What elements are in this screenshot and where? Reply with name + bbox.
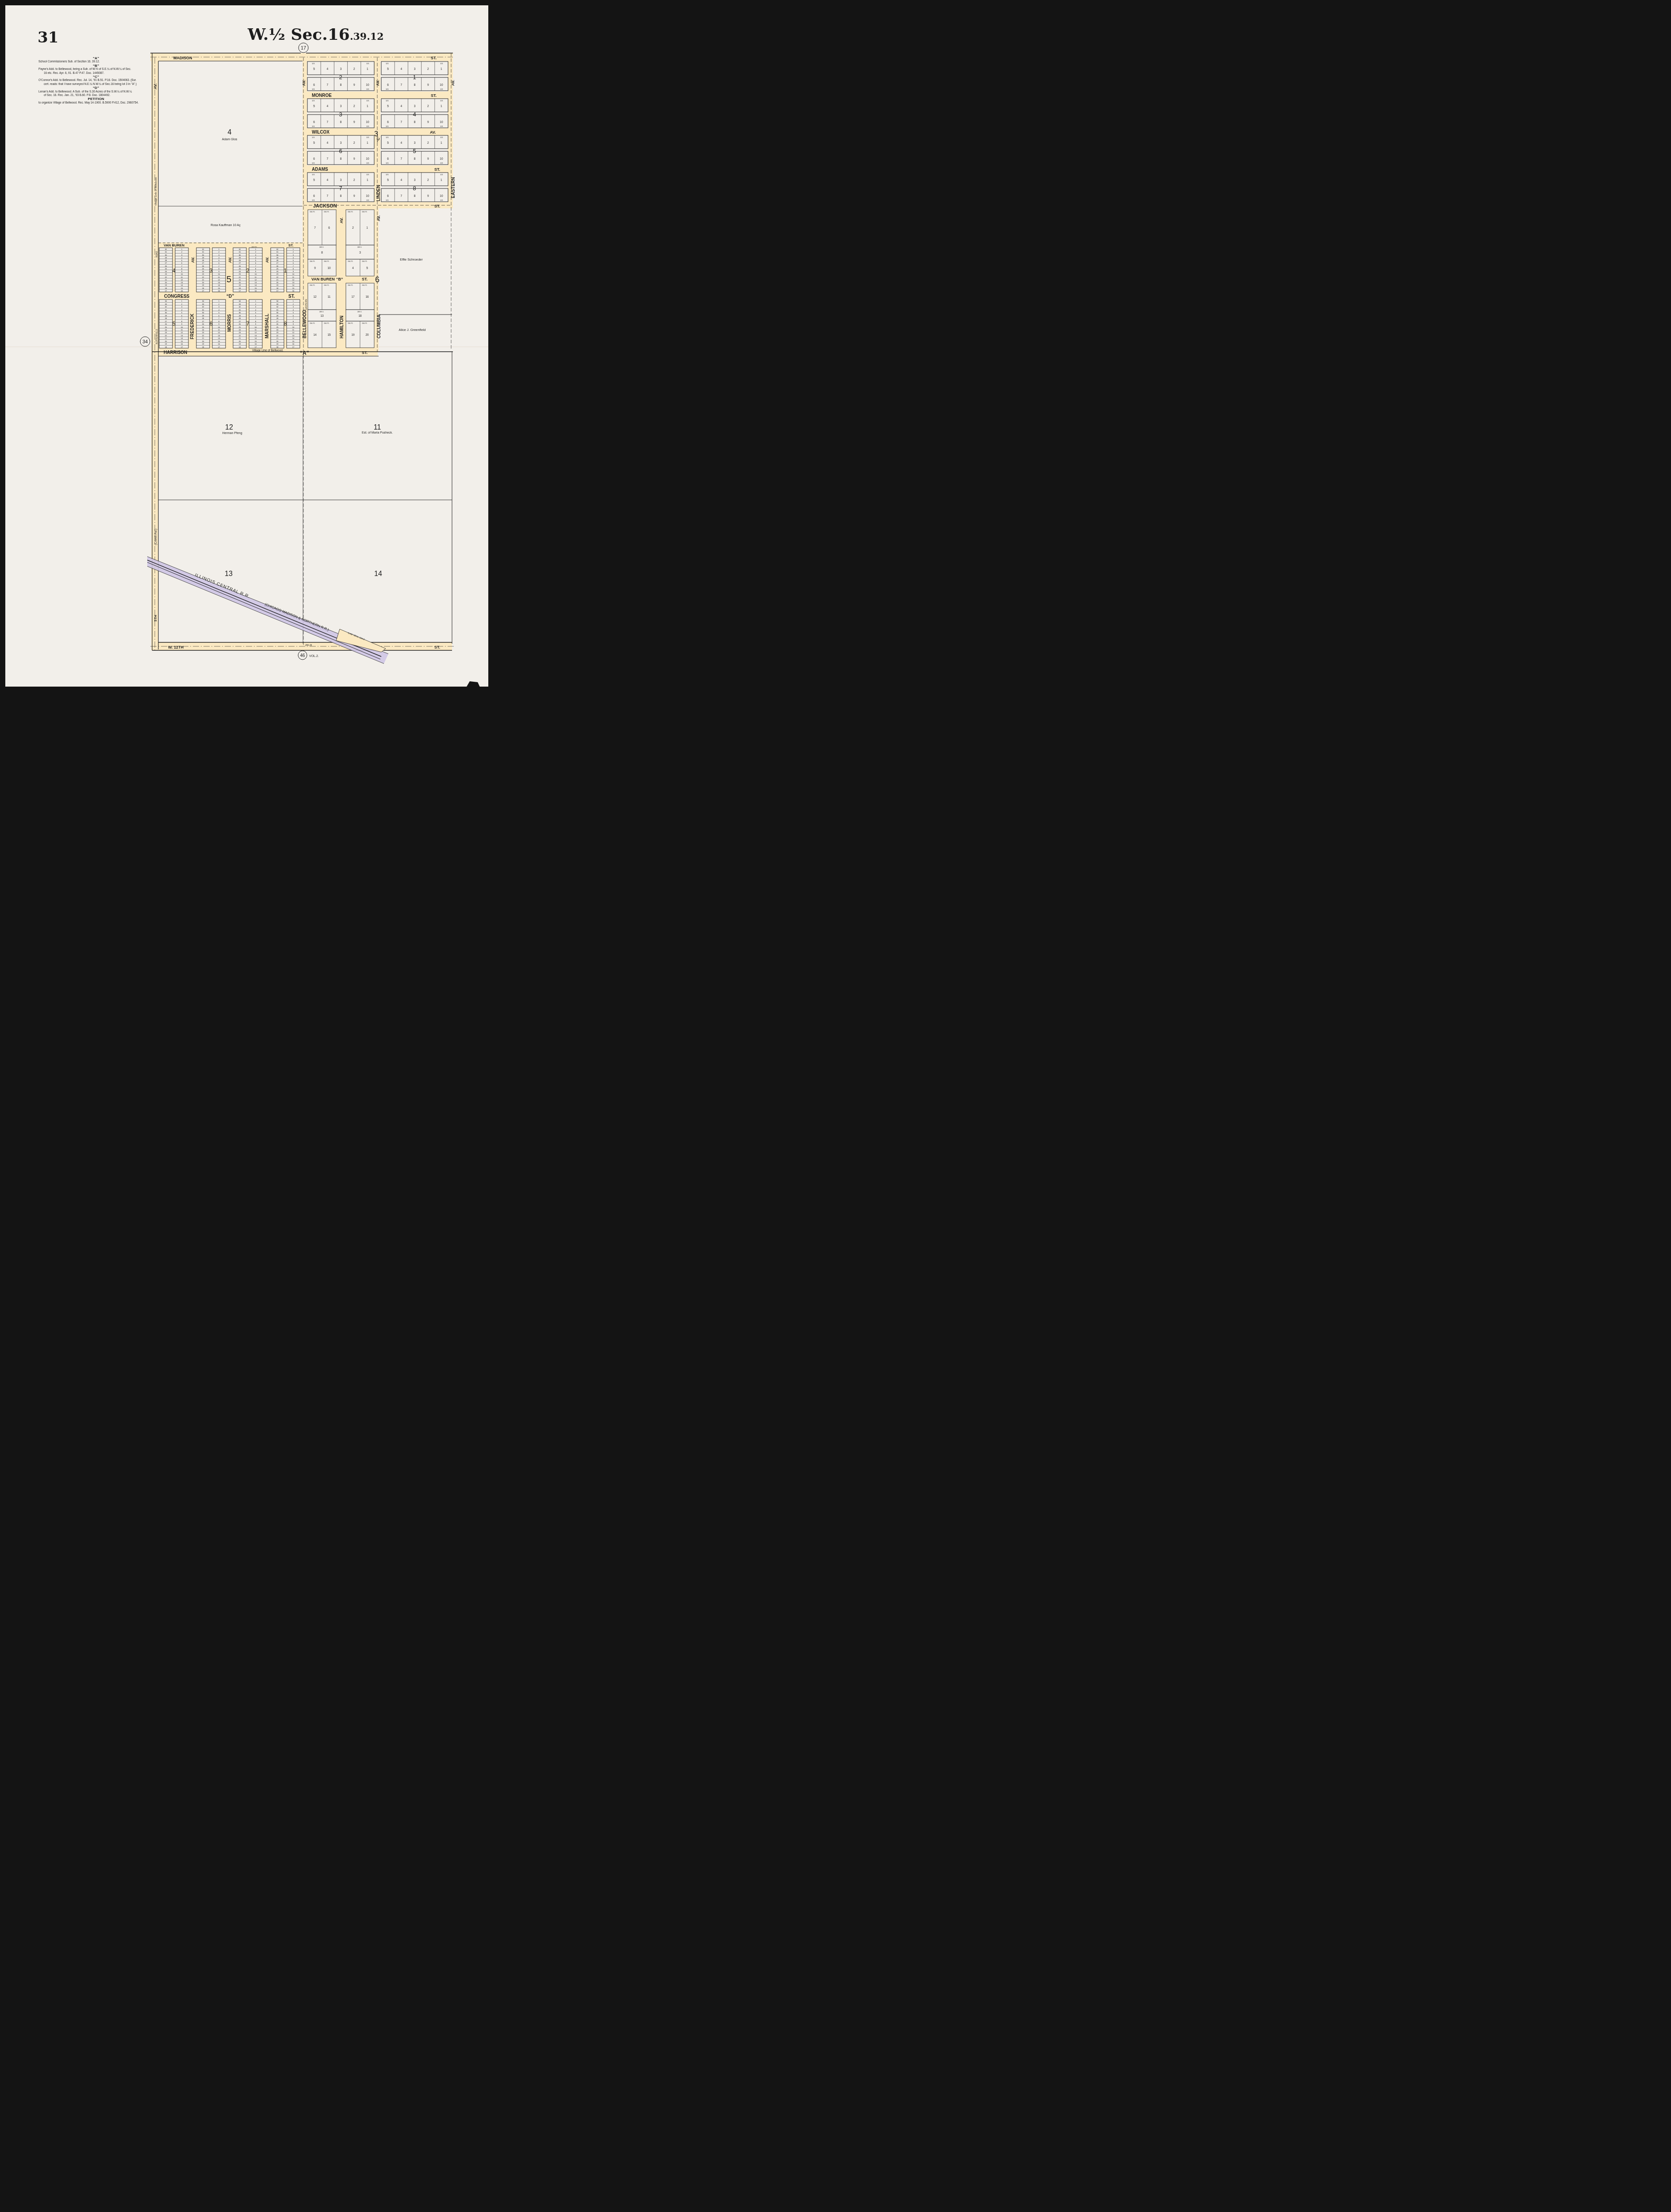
lot-number: 3 bbox=[414, 179, 416, 182]
lot-number: 26 bbox=[165, 265, 167, 267]
lot-number: 26 bbox=[202, 265, 204, 267]
lot-number: 10 bbox=[255, 326, 257, 328]
lot-dimension: 134.75 bbox=[310, 284, 315, 286]
lot-number: 1 bbox=[367, 105, 368, 108]
lot-number: 9 bbox=[353, 195, 355, 198]
lot-dimension: 121 bbox=[386, 136, 389, 138]
street-columbia-av: AV. bbox=[376, 215, 381, 221]
lot-dimension: 134.75 bbox=[310, 261, 315, 262]
lot-number: 21 bbox=[276, 337, 279, 339]
lot-number: 10 bbox=[440, 121, 443, 124]
lot-dimension: 121 bbox=[312, 173, 315, 176]
lot-number: 31 bbox=[239, 309, 241, 311]
street-congress: CONGRESS bbox=[164, 294, 190, 299]
lot-number: 13 bbox=[292, 334, 295, 337]
lot-number: 12 bbox=[255, 331, 257, 334]
street-marshall-av: AV. bbox=[265, 257, 269, 263]
lot-number: 28 bbox=[165, 259, 167, 261]
street-hamilton-av: AV. bbox=[339, 217, 344, 223]
lot-dimension: 121 bbox=[366, 136, 369, 138]
map-sheet: 31 W.½ Sec.16.39.12 17 bbox=[0, 0, 495, 694]
lot-number: 20 bbox=[276, 281, 279, 284]
lot-number: 15 bbox=[292, 287, 295, 289]
lot-number: 21 bbox=[239, 337, 241, 339]
lot-dimension: 121 bbox=[440, 136, 443, 138]
lot-number: 10 bbox=[366, 84, 369, 87]
lot-number: 6 bbox=[387, 121, 389, 124]
lot-number: 20 bbox=[202, 281, 204, 284]
lot-number: 4 bbox=[400, 68, 402, 71]
lot-number: 6 bbox=[387, 157, 389, 161]
lot-dimension: 134.75 bbox=[362, 211, 367, 213]
lot-number: 6 bbox=[313, 157, 315, 161]
lot-number: 9 bbox=[427, 121, 429, 124]
lot-dimension: 134.75 bbox=[362, 284, 367, 286]
block-number: 8 bbox=[413, 185, 416, 192]
lot-number: 12 bbox=[292, 279, 295, 281]
lot-number: 19 bbox=[239, 284, 241, 286]
street-morris-av: AV. bbox=[228, 257, 232, 263]
lot-number: 17 bbox=[202, 290, 204, 292]
lot-number: 1 bbox=[367, 142, 368, 145]
lot-number: 12 bbox=[181, 279, 183, 281]
lot-number: 34 bbox=[276, 300, 279, 302]
lot-number: 11 bbox=[328, 296, 331, 299]
lot-number: 16 bbox=[218, 343, 220, 345]
lot-number: 4 bbox=[352, 267, 354, 270]
lot-number: 18 bbox=[165, 287, 167, 289]
lot-number: 14 bbox=[313, 334, 317, 337]
street-butterfield: BUTTERFIELD bbox=[156, 329, 158, 344]
parcel-number: 12 bbox=[225, 424, 233, 431]
lot-dimension: 121 bbox=[366, 100, 369, 102]
lot-number: 17 bbox=[351, 296, 355, 299]
lot-dimension: 121 bbox=[366, 173, 369, 176]
lot-number: 10 bbox=[255, 273, 257, 275]
lot-number: 18 bbox=[276, 287, 279, 289]
lot-number: 3 bbox=[359, 251, 361, 254]
lot-number: 12 bbox=[218, 331, 220, 334]
street-madison-st: ST. bbox=[431, 56, 437, 60]
block-number: 1 bbox=[284, 268, 287, 274]
legend-text: to organize Village of Bellwood. Rec. Ma… bbox=[38, 101, 153, 105]
street-harrison: HARRISON bbox=[164, 350, 187, 355]
street-frederick-av: AV. bbox=[191, 257, 195, 263]
lot-number: 6 bbox=[387, 195, 389, 198]
lot-number: 20 bbox=[202, 340, 204, 342]
lot-number: 13 bbox=[181, 334, 183, 337]
lot-number: 12 bbox=[181, 331, 183, 334]
parcel-number: 13 bbox=[225, 570, 233, 578]
lot-number: 14 bbox=[181, 337, 183, 339]
lot-dimension: 134.75 bbox=[362, 261, 367, 262]
lot-number: 10 bbox=[440, 84, 443, 87]
street-covell-rd: (Covell Rd.) bbox=[154, 529, 157, 545]
lot-dimension: 121 bbox=[440, 162, 443, 164]
lot-number: 15 bbox=[181, 340, 183, 342]
legend-key: “C” bbox=[38, 75, 153, 79]
lot-number: 30 bbox=[202, 254, 204, 256]
street-van-buren-b-st: ST. bbox=[362, 277, 368, 281]
lot-number: 19 bbox=[202, 343, 204, 345]
street-wilcox-av: AV. bbox=[430, 130, 436, 134]
lot-number: 32 bbox=[276, 306, 279, 308]
lot-number: 22 bbox=[276, 276, 279, 278]
street-van-buren: VAN BUREN bbox=[164, 243, 184, 247]
lot-dimension: 269.5 bbox=[357, 311, 362, 313]
lot-number: 10 bbox=[181, 273, 183, 275]
lot-number: 21 bbox=[165, 337, 167, 339]
lot-number: 20 bbox=[165, 340, 167, 342]
legend-key: “A” bbox=[38, 57, 153, 60]
lot-number: 5 bbox=[387, 105, 389, 108]
block-number: 7 bbox=[246, 321, 249, 327]
lot-number: 10 bbox=[292, 326, 295, 328]
lot-number: 23 bbox=[165, 331, 167, 334]
lot-number: 10 bbox=[440, 195, 443, 198]
adjacent-section-north: 17 bbox=[301, 46, 306, 51]
lot-number: 15 bbox=[327, 334, 331, 337]
lot-number: 27 bbox=[202, 262, 204, 264]
lot-number: 8 bbox=[340, 121, 342, 124]
subdivision-d-mark: “D” bbox=[226, 294, 234, 299]
lot-dimension: 121 bbox=[440, 100, 443, 102]
lot-dimension: 121 bbox=[440, 88, 443, 90]
lot-number: 1 bbox=[366, 227, 368, 230]
lot-number: 23 bbox=[276, 273, 279, 275]
lot-number: 8 bbox=[321, 251, 323, 254]
lot-number: 9 bbox=[427, 157, 429, 161]
lot-number: 16 bbox=[365, 296, 369, 299]
lot-number: 6 bbox=[313, 84, 315, 87]
lot-number: 22 bbox=[165, 276, 167, 278]
lot-number: 6 bbox=[313, 121, 315, 124]
lot-number: 22 bbox=[202, 334, 204, 337]
lot-number: 5 bbox=[313, 105, 315, 108]
lot-dimension: 121 bbox=[386, 125, 389, 127]
lot-number: 1 bbox=[441, 68, 442, 71]
lot-number: 9 bbox=[353, 84, 355, 87]
lot-dimension: 121 bbox=[440, 173, 443, 176]
lot-number: 27 bbox=[165, 262, 167, 264]
parcel-number: 11 bbox=[374, 424, 381, 431]
lot-number: 28 bbox=[202, 259, 204, 261]
lot-dimension: 134.75 bbox=[310, 211, 315, 213]
lot-number: 33 bbox=[165, 303, 167, 305]
lot-number: 16 bbox=[255, 343, 257, 345]
lot-dimension: 121 bbox=[386, 88, 389, 90]
lot-number: 1 bbox=[367, 179, 368, 182]
lot-number: 21 bbox=[239, 279, 241, 281]
lot-number: 23 bbox=[239, 273, 241, 275]
lot-number: 29 bbox=[239, 257, 241, 259]
lot-number: 13 bbox=[292, 281, 295, 284]
block-number: 5 bbox=[172, 321, 176, 327]
lot-number: 30 bbox=[202, 311, 204, 314]
lot-number: 19 bbox=[165, 343, 167, 345]
lot-dimension: 134.75 bbox=[348, 323, 353, 324]
lot-number: 8 bbox=[414, 121, 416, 124]
lot-number: 26 bbox=[276, 265, 279, 267]
lot-number: 7 bbox=[326, 121, 328, 124]
lot-number: 22 bbox=[239, 334, 241, 337]
lot-number: 30 bbox=[165, 311, 167, 314]
lot-dimension: 121 bbox=[386, 100, 389, 102]
lot-dimension: 121 bbox=[366, 199, 369, 201]
lot-number: 12 bbox=[292, 331, 295, 334]
lot-number: 25 bbox=[202, 268, 204, 270]
lot-dimension: 269.5 bbox=[319, 246, 324, 248]
block-number: 8 bbox=[284, 321, 287, 327]
lot-number: 20 bbox=[239, 281, 241, 284]
lot-number: 3 bbox=[340, 179, 342, 182]
lot-number: 22 bbox=[276, 334, 279, 337]
legend-text: Payne's Add. to Bellewood, being a Sub. … bbox=[38, 68, 153, 71]
lot-number: 16 bbox=[292, 290, 295, 292]
lot-number: 26 bbox=[202, 323, 204, 325]
volume-note: VOL.2. bbox=[309, 655, 319, 658]
lot-number: 11 bbox=[218, 329, 220, 331]
block-number: 3 bbox=[339, 111, 342, 118]
lot-number: 6 bbox=[328, 227, 330, 230]
lot-number: 3 bbox=[414, 142, 416, 145]
lot-number: 29 bbox=[276, 257, 279, 259]
lot-number: 22 bbox=[239, 276, 241, 278]
lot-number: 7 bbox=[314, 227, 316, 230]
lot-number: 21 bbox=[165, 279, 167, 281]
lot-number: 3 bbox=[340, 68, 342, 71]
lot-number: 17 bbox=[239, 290, 241, 292]
lot-number: 19 bbox=[276, 284, 279, 286]
lot-dimension: 134.75 bbox=[324, 284, 329, 286]
lot-number: 12 bbox=[218, 279, 220, 281]
legend-key: PETITION bbox=[38, 97, 153, 101]
lot-number: 31 bbox=[165, 251, 167, 253]
lot-number: 25 bbox=[239, 326, 241, 328]
lot-number: 11 bbox=[292, 329, 295, 331]
block-number: 2 bbox=[246, 268, 249, 274]
block-number: 4 bbox=[413, 111, 416, 118]
street-adams: ADAMS bbox=[312, 167, 328, 172]
lot-number: 34 bbox=[202, 300, 204, 302]
street-eastern-small: EASTERN bbox=[305, 299, 308, 310]
lot-number: 11 bbox=[218, 276, 220, 278]
lot-dimension: 269.5 bbox=[357, 246, 362, 248]
lot-number: 14 bbox=[292, 337, 295, 339]
lot-number: 2 bbox=[427, 68, 429, 71]
street-c-av: AV. bbox=[302, 80, 306, 86]
lot-number: 2 bbox=[352, 227, 354, 230]
parcel-number: 4 bbox=[228, 129, 232, 136]
lot-number: 13 bbox=[218, 281, 220, 284]
lot-dimension: 134.75 bbox=[324, 323, 329, 324]
legend-text: O'Connor's Add. to Bellewood. Rec. Jul. … bbox=[38, 79, 153, 82]
lot-number: 4 bbox=[326, 179, 328, 182]
lot-number: 8 bbox=[340, 195, 342, 198]
lot-dimension: 134.75 bbox=[348, 261, 353, 262]
subdivision-c-mark: “C” bbox=[376, 136, 380, 143]
street-van-buren-b: VAN BUREN bbox=[311, 277, 335, 281]
lot-number: 29 bbox=[276, 315, 279, 317]
lot-number: 12 bbox=[313, 296, 317, 299]
lot-dimension: 121 bbox=[366, 62, 369, 65]
lot-number: 30 bbox=[276, 311, 279, 314]
lot-number: 3 bbox=[340, 105, 342, 108]
lot-number: 5 bbox=[387, 142, 389, 145]
lot-number: 24 bbox=[202, 270, 204, 273]
page-number: 31 bbox=[38, 29, 58, 46]
parcel-owner: Est. of Maria Pusheck. bbox=[362, 431, 393, 434]
lot-number: 31 bbox=[276, 309, 279, 311]
lot-number: 13 bbox=[320, 315, 324, 318]
lot-number: 15 bbox=[292, 340, 295, 342]
lot-number: 10 bbox=[218, 273, 220, 275]
lot-number: 26 bbox=[165, 323, 167, 325]
lot-dimension: 121 bbox=[312, 162, 315, 164]
lot-number: 29 bbox=[165, 315, 167, 317]
street-jackson: JACKSON bbox=[313, 204, 337, 209]
subdivision-b-mark: “B” bbox=[336, 277, 343, 281]
street-congress-st: ST. bbox=[288, 294, 295, 299]
lot-dimension: 121 bbox=[312, 62, 315, 65]
legend: “A”School Commissioners Sub. of Section … bbox=[38, 57, 153, 105]
lot-number: 24 bbox=[202, 329, 204, 331]
lot-number: 27 bbox=[165, 320, 167, 323]
lot-number: 1 bbox=[441, 105, 442, 108]
lot-number: 18 bbox=[239, 287, 241, 289]
lot-number: 33 bbox=[276, 303, 279, 305]
lot-number: 2 bbox=[353, 68, 355, 71]
subdivision-b-number: 6 bbox=[375, 275, 379, 284]
lot-number: 14 bbox=[218, 284, 220, 286]
railroad-distance: 290.26 bbox=[305, 644, 312, 647]
lot-number: 32 bbox=[202, 248, 204, 250]
lot-number: 27 bbox=[239, 262, 241, 264]
subdivision-d-number: 5 bbox=[226, 275, 231, 284]
lot-dimension: 121 bbox=[312, 125, 315, 127]
lot-number: 30 bbox=[239, 254, 241, 256]
lot-number: 9 bbox=[314, 267, 316, 270]
lot-dimension: 121 bbox=[366, 162, 369, 164]
lot-number: 10 bbox=[218, 326, 220, 328]
lot-number: 16 bbox=[292, 343, 295, 345]
lot-number: 25 bbox=[239, 268, 241, 270]
lot-dimension: 121 bbox=[312, 199, 315, 201]
lot-number: 9 bbox=[427, 195, 429, 198]
street-harrison-st: ST. bbox=[362, 350, 368, 355]
lot-number: 31 bbox=[276, 251, 279, 253]
lot-number: 32 bbox=[239, 306, 241, 308]
lot-number: 24 bbox=[276, 329, 279, 331]
lot-number: 8 bbox=[340, 84, 342, 87]
lot-number: 17 bbox=[276, 290, 279, 292]
lot-number: 9 bbox=[427, 84, 429, 87]
street-w12th: W. 12TH bbox=[168, 645, 184, 649]
street-bellewood: BELLEWOOD bbox=[303, 310, 307, 338]
lot-number: 7 bbox=[326, 195, 328, 198]
lot-number: 7 bbox=[400, 121, 402, 124]
lot-number: 32 bbox=[202, 306, 204, 308]
lot-number: 31 bbox=[202, 309, 204, 311]
lot-number: 8 bbox=[340, 157, 342, 161]
lot-number: 2 bbox=[427, 142, 429, 145]
lot-number: 19 bbox=[276, 343, 279, 345]
lot-number: 15 bbox=[181, 287, 183, 289]
lot-number: 33 bbox=[202, 303, 204, 305]
lot-number: 26 bbox=[239, 323, 241, 325]
lot-number: 17 bbox=[255, 346, 257, 348]
lot-number: 2 bbox=[353, 105, 355, 108]
lot-number: 2 bbox=[427, 105, 429, 108]
lot-number: 18 bbox=[276, 346, 279, 348]
lot-number: 18 bbox=[165, 346, 167, 348]
lot-number: 7 bbox=[400, 195, 402, 198]
lot-number: 18 bbox=[358, 315, 362, 318]
street-van-buren-st: ST. bbox=[288, 243, 294, 247]
street-columbia: COLUMBIA bbox=[377, 315, 382, 338]
lot-number: 27 bbox=[239, 320, 241, 323]
lot-number: 6 bbox=[313, 195, 315, 198]
lot-number: 22 bbox=[202, 276, 204, 278]
street-morris: MORRIS bbox=[227, 314, 232, 332]
adjacent-section-south: 46 bbox=[300, 653, 305, 658]
lot-number: 11 bbox=[292, 276, 295, 278]
lot-number: 20 bbox=[276, 340, 279, 342]
lot-number: 26 bbox=[276, 323, 279, 325]
lot-number: 8 bbox=[414, 195, 416, 198]
lot-number: 28 bbox=[276, 259, 279, 261]
lot-number: 22 bbox=[165, 334, 167, 337]
lot-number: 14 bbox=[181, 284, 183, 286]
lot-number: 10 bbox=[366, 157, 369, 161]
lot-number: 1 bbox=[367, 68, 368, 71]
lot-number: 23 bbox=[165, 273, 167, 275]
lot-dimension: 121 bbox=[386, 162, 389, 164]
lot-number: 7 bbox=[400, 157, 402, 161]
lot-number: 4 bbox=[326, 142, 328, 145]
lot-number: 24 bbox=[239, 270, 241, 273]
lot-number: 29 bbox=[239, 315, 241, 317]
village-line-horizontal: Village Line of Bellwood. bbox=[252, 349, 284, 352]
lot-number: 19 bbox=[165, 284, 167, 286]
lot-number: 32 bbox=[276, 248, 279, 250]
subdivision-a-mark: “A” bbox=[300, 350, 309, 356]
street-adams-st: ST. bbox=[434, 167, 440, 172]
lot-number: 4 bbox=[400, 179, 402, 182]
block-number: 3 bbox=[210, 268, 213, 274]
lot-number: 27 bbox=[276, 262, 279, 264]
lot-number: 30 bbox=[239, 311, 241, 314]
street-monroe-st: ST. bbox=[431, 93, 437, 98]
street-w12th-st: ST. bbox=[434, 645, 440, 649]
lot-number: 27 bbox=[276, 320, 279, 323]
lot-dimension: 121 bbox=[312, 136, 315, 138]
lot-number: 11 bbox=[181, 276, 183, 278]
lot-dimension: 121 bbox=[312, 100, 315, 102]
lot-number: 32 bbox=[165, 248, 167, 250]
parcel-owner: Effie Schroeder bbox=[400, 257, 423, 261]
lot-number: 14 bbox=[292, 284, 295, 286]
street-marshall: MARSHALL bbox=[265, 314, 270, 338]
lot-number: 15 bbox=[255, 340, 257, 342]
lot-number: 4 bbox=[400, 142, 402, 145]
block-number: 6 bbox=[210, 321, 213, 327]
lot-number: 32 bbox=[165, 306, 167, 308]
lot-number: 25 bbox=[165, 326, 167, 328]
lot-number: 2 bbox=[353, 142, 355, 145]
lot-number: 15 bbox=[218, 340, 220, 342]
lot-dimension: 121 bbox=[440, 199, 443, 201]
